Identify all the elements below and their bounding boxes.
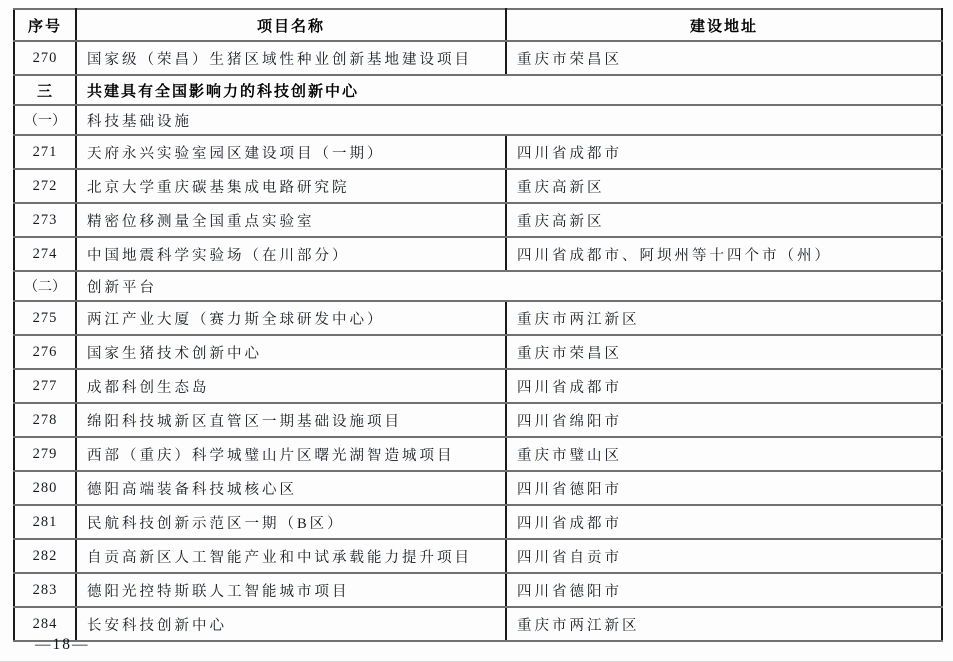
cell-no: 279: [14, 437, 76, 471]
col-header-no: 序号: [14, 9, 76, 41]
section-row: （二）创新平台: [14, 271, 942, 301]
cell-project-name: 德阳高端装备科技城核心区: [76, 471, 506, 505]
cell-project-name: 国家生猪技术创新中心: [76, 335, 506, 369]
cell-address: 四川省自贡市: [506, 539, 942, 573]
cell-project-name: 成都科创生态岛: [76, 369, 506, 403]
cell-project-name: 绵阳科技城新区直管区一期基础设施项目: [76, 403, 506, 437]
table-row: 276国家生猪技术创新中心重庆市荣昌区: [14, 335, 942, 369]
cell-project-name: 北京大学重庆碳基集成电路研究院: [76, 169, 506, 203]
cell-no: 274: [14, 237, 76, 271]
cell-address: 四川省德阳市: [506, 573, 942, 607]
cell-project-name: 精密位移测量全国重点实验室: [76, 203, 506, 237]
cell-address: 重庆市荣昌区: [506, 41, 942, 75]
cell-no: 280: [14, 471, 76, 505]
table-row: 270国家级（荣昌）生猪区域性种业创新基地建设项目重庆市荣昌区: [14, 41, 942, 75]
table-row: 273精密位移测量全国重点实验室重庆高新区: [14, 203, 942, 237]
cell-no: 275: [14, 301, 76, 335]
table-row: 272北京大学重庆碳基集成电路研究院重庆高新区: [14, 169, 942, 203]
cell-address: 重庆高新区: [506, 203, 942, 237]
cell-no: 278: [14, 403, 76, 437]
cell-address: 重庆市璧山区: [506, 437, 942, 471]
cell-project-name: 国家级（荣昌）生猪区域性种业创新基地建设项目: [76, 41, 506, 75]
table-row: 271天府永兴实验室园区建设项目（一期）四川省成都市: [14, 135, 942, 169]
cell-project-name: 自贡高新区人工智能产业和中试承载能力提升项目: [76, 539, 506, 573]
cell-project-name: 长安科技创新中心: [76, 607, 506, 641]
table-row: 274中国地震科学实验场（在川部分）四川省成都市、阿坝州等十四个市（州）: [14, 237, 942, 271]
table-row: 281民航科技创新示范区一期（B区）四川省成都市: [14, 505, 942, 539]
page-number: —18—: [35, 636, 90, 654]
col-header-address: 建设地址: [506, 9, 942, 41]
cell-section-title: 共建具有全国影响力的科技创新中心: [76, 75, 942, 105]
table-header-row: 序号 项目名称 建设地址: [14, 9, 942, 41]
cell-no: 277: [14, 369, 76, 403]
cell-section-title: 创新平台: [76, 271, 942, 301]
cell-project-name: 中国地震科学实验场（在川部分）: [76, 237, 506, 271]
cell-project-name: 西部（重庆）科学城璧山片区曙光湖智造城项目: [76, 437, 506, 471]
table-row: 278绵阳科技城新区直管区一期基础设施项目四川省绵阳市: [14, 403, 942, 437]
cell-section-title: 科技基础设施: [76, 105, 942, 135]
cell-project-name: 天府永兴实验室园区建设项目（一期）: [76, 135, 506, 169]
table-row: 275两江产业大厦（赛力斯全球研发中心）重庆市两江新区: [14, 301, 942, 335]
cell-address: 四川省成都市: [506, 135, 942, 169]
cell-no: 271: [14, 135, 76, 169]
cell-no: 三: [14, 75, 76, 105]
cell-no: 281: [14, 505, 76, 539]
cell-no: （一）: [14, 105, 76, 135]
cell-no: 270: [14, 41, 76, 75]
table-row: 277成都科创生态岛四川省成都市: [14, 369, 942, 403]
table-row: 282自贡高新区人工智能产业和中试承载能力提升项目四川省自贡市: [14, 539, 942, 573]
section-row: （一）科技基础设施: [14, 105, 942, 135]
cell-project-name: 民航科技创新示范区一期（B区）: [76, 505, 506, 539]
cell-no: （二）: [14, 271, 76, 301]
cell-no: 273: [14, 203, 76, 237]
cell-project-name: 德阳光控特斯联人工智能城市项目: [76, 573, 506, 607]
cell-address: 重庆市两江新区: [506, 301, 942, 335]
table-row: 280德阳高端装备科技城核心区四川省德阳市: [14, 471, 942, 505]
table-row: 279西部（重庆）科学城璧山片区曙光湖智造城项目重庆市璧山区: [14, 437, 942, 471]
cell-address: 四川省成都市、阿坝州等十四个市（州）: [506, 237, 942, 271]
section-row: 三共建具有全国影响力的科技创新中心: [14, 75, 942, 105]
cell-address: 重庆市两江新区: [506, 607, 942, 641]
document-page: 序号 项目名称 建设地址 270国家级（荣昌）生猪区域性种业创新基地建设项目重庆…: [0, 0, 953, 662]
cell-address: 重庆高新区: [506, 169, 942, 203]
cell-address: 重庆市荣昌区: [506, 335, 942, 369]
table-row: 283德阳光控特斯联人工智能城市项目四川省德阳市: [14, 573, 942, 607]
cell-address: 四川省德阳市: [506, 471, 942, 505]
col-header-project-name: 项目名称: [76, 9, 506, 41]
cell-no: 282: [14, 539, 76, 573]
cell-no: 276: [14, 335, 76, 369]
table-row: 284长安科技创新中心重庆市两江新区: [14, 607, 942, 641]
cell-no: 272: [14, 169, 76, 203]
cell-address: 四川省成都市: [506, 369, 942, 403]
cell-address: 四川省成都市: [506, 505, 942, 539]
cell-address: 四川省绵阳市: [506, 403, 942, 437]
project-table: 序号 项目名称 建设地址 270国家级（荣昌）生猪区域性种业创新基地建设项目重庆…: [13, 8, 943, 642]
cell-project-name: 两江产业大厦（赛力斯全球研发中心）: [76, 301, 506, 335]
cell-no: 283: [14, 573, 76, 607]
